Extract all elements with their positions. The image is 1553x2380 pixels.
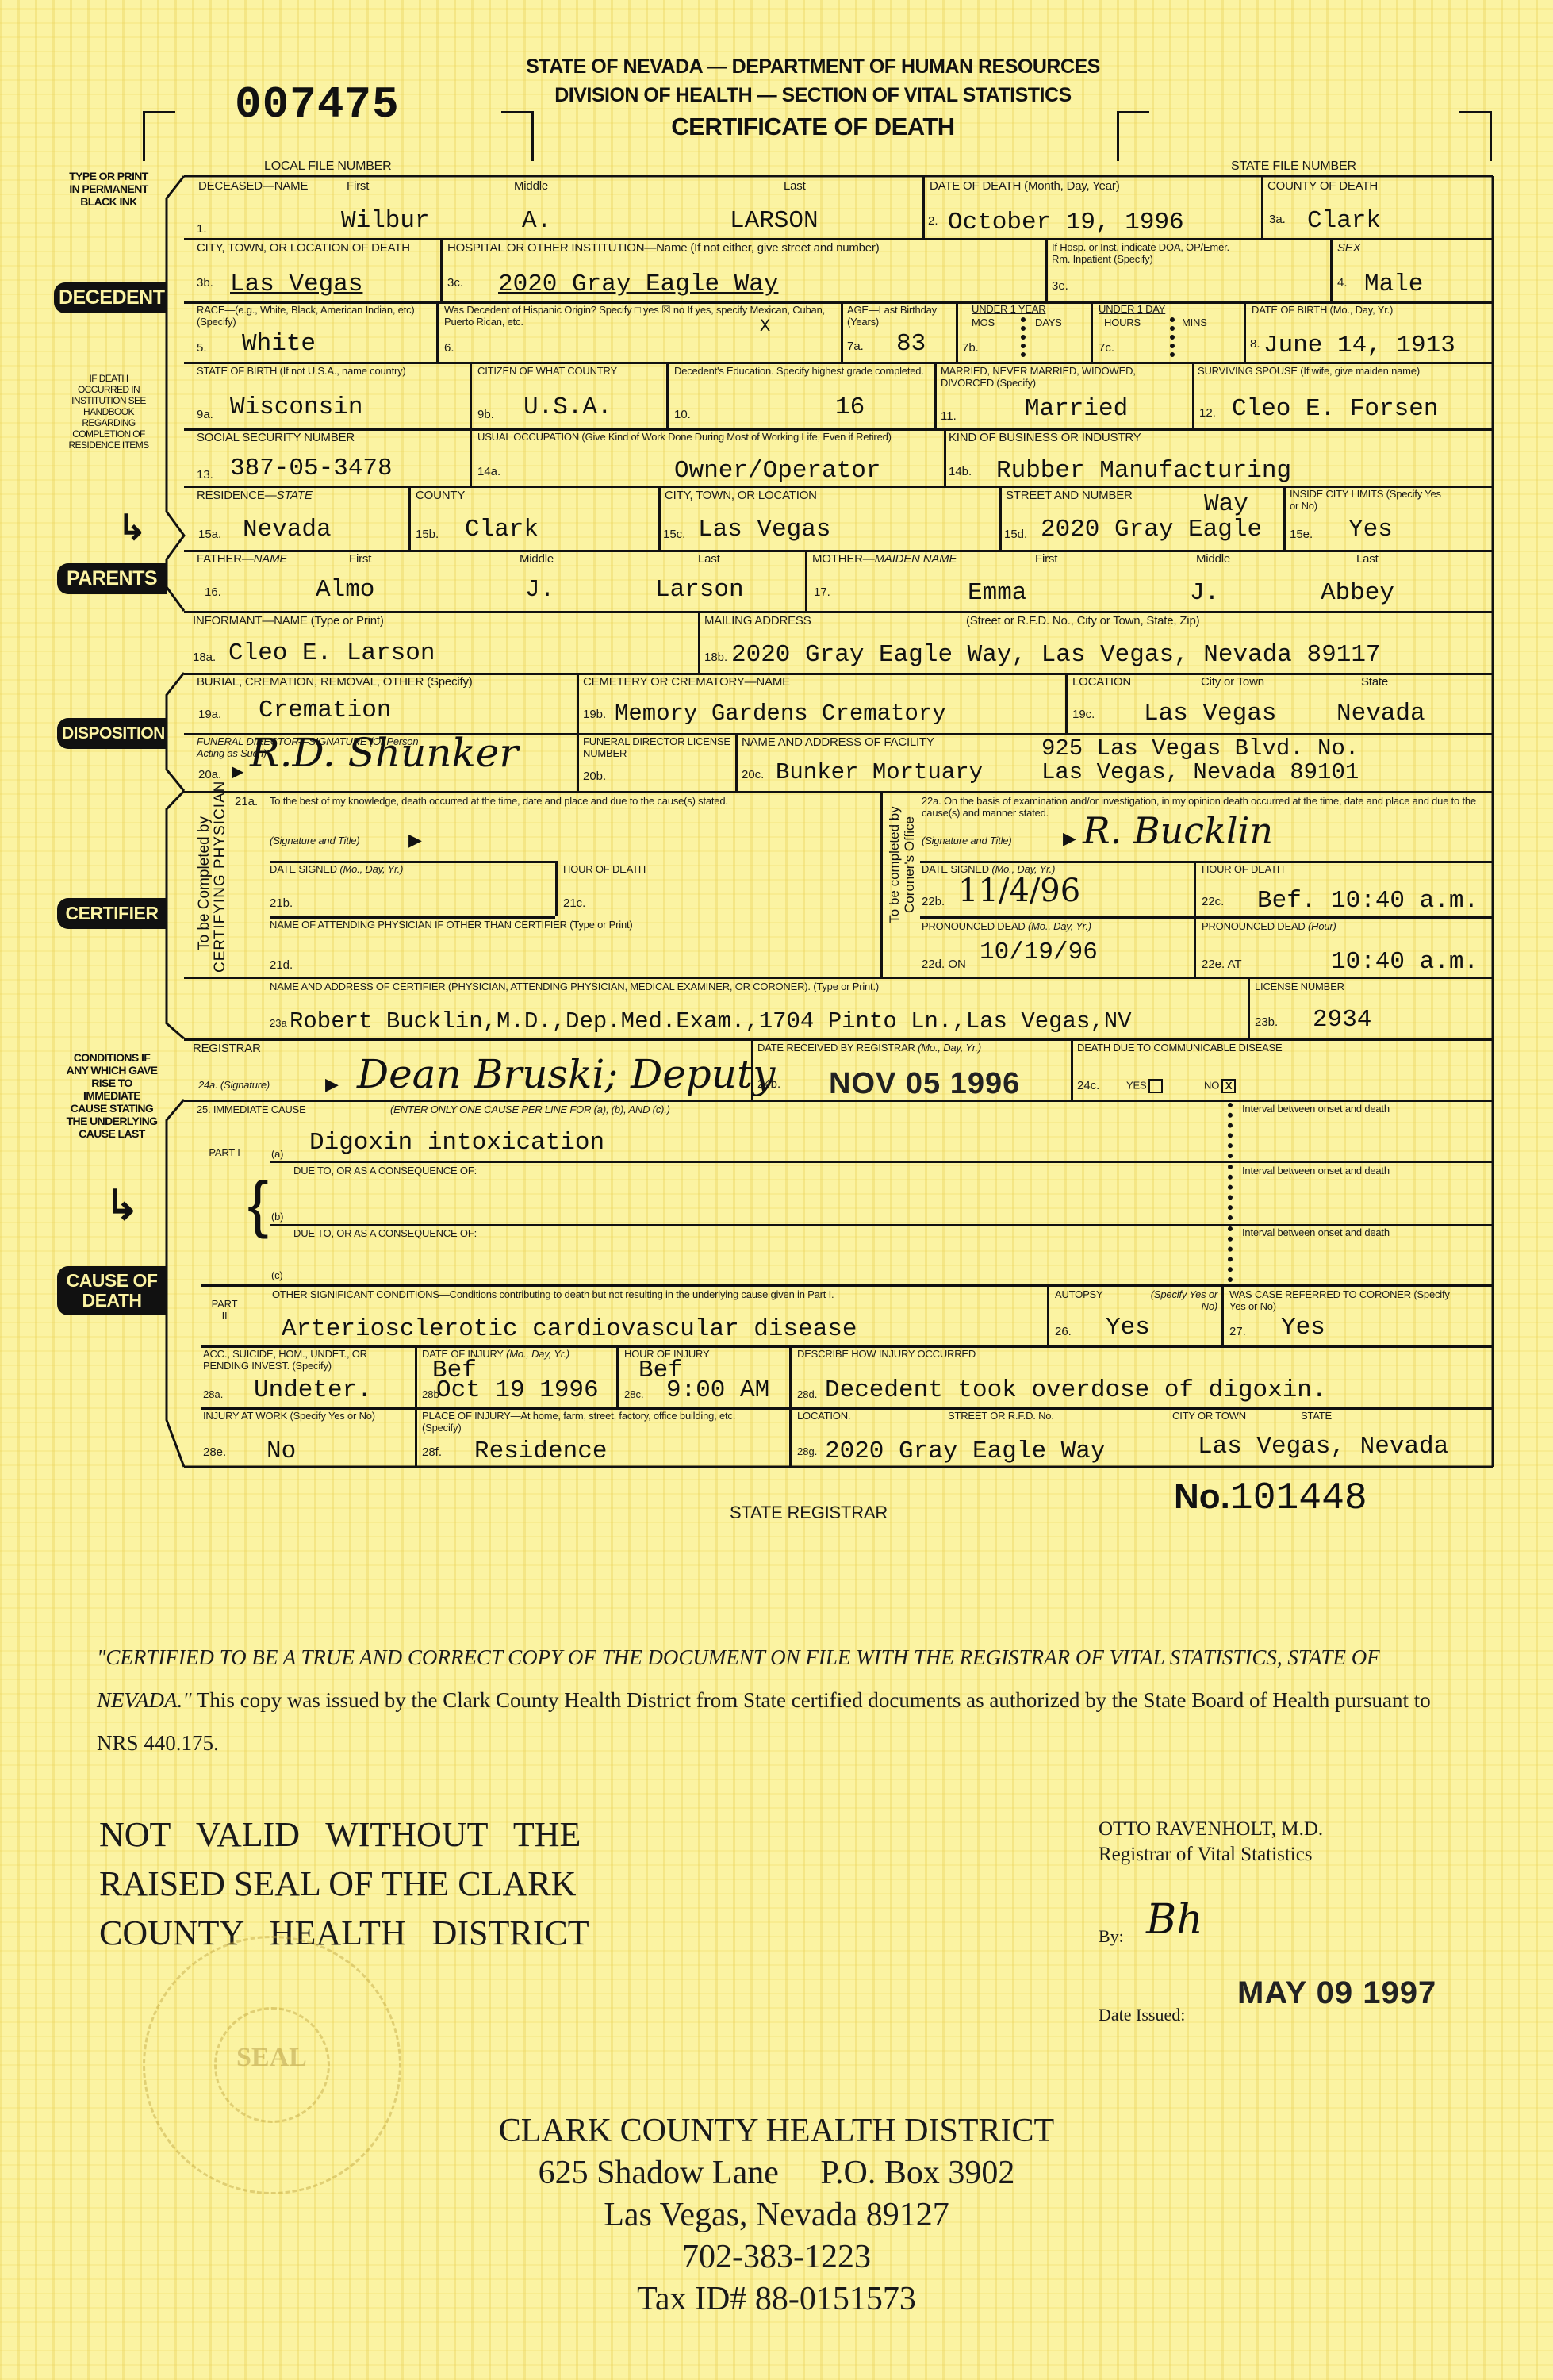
months-label: MOS <box>972 317 995 328</box>
first-label: First <box>347 179 369 193</box>
dob-label: DATE OF BIRTH (Mo., Day, Yr.) <box>1252 304 1393 316</box>
brace-icon: { <box>247 1173 269 1236</box>
part-2-label: PART II <box>209 1298 240 1322</box>
inside-city-limits[interactable]: Yes <box>1348 517 1393 543</box>
cause-c-label: (c) <box>271 1269 283 1281</box>
disposition-city[interactable]: Las Vegas <box>1144 701 1276 727</box>
date-received-stamp: NOV 05 1996 <box>829 1067 1020 1101</box>
education-label: Decedent's Education. Specify highest gr… <box>674 365 932 377</box>
disposition-state[interactable]: Nevada <box>1336 701 1425 727</box>
mother-middle-name[interactable]: J. <box>1190 581 1219 606</box>
signature-label: (Signature and Title) <box>270 835 359 846</box>
autopsy-label: AUTOPSY <box>1055 1288 1103 1300</box>
marital-status[interactable]: Married <box>1025 397 1128 422</box>
arrow-icon: ▶ <box>408 830 422 850</box>
item-number: 7b. <box>962 341 979 355</box>
district-address-block: CLARK COUNTY HEALTH DISTRICT 625 Shadow … <box>0 2110 1553 2320</box>
by-label: By: <box>1099 1926 1124 1947</box>
disposition-method-label: BURIAL, CREMATION, REMOVAL, OTHER (Speci… <box>197 675 473 689</box>
pronounced-date[interactable]: 10/19/96 <box>980 940 1098 965</box>
communicable-yes[interactable]: YES <box>1126 1079 1163 1093</box>
item-number: 23b. <box>1255 1015 1278 1029</box>
license-number-label: LICENSE NUMBER <box>1255 981 1344 992</box>
race-label: RACE—(e.g., White, Black, American India… <box>197 304 435 328</box>
item-number: 15c. <box>663 528 685 541</box>
item-number: 3c. <box>447 276 463 290</box>
item-number: 15e. <box>1290 528 1313 541</box>
registrar-name: OTTO RAVENHOLT, M.D. <box>1099 1817 1323 1842</box>
under-1-day-label: UNDER 1 DAY <box>1099 303 1165 315</box>
location-label: LOCATION <box>1072 675 1131 689</box>
date-of-death[interactable]: October 19, 1996 <box>948 210 1184 236</box>
crematory-name[interactable]: Memory Gardens Crematory <box>615 701 946 727</box>
spouse-label: SURVIVING SPOUSE (If wife, give maiden n… <box>1198 365 1420 377</box>
item-number: 12. <box>1199 406 1216 420</box>
injury-street[interactable]: 2020 Gray Eagle Way <box>825 1439 1105 1464</box>
item-number: 22c. <box>1202 895 1224 908</box>
sex[interactable]: Male <box>1364 272 1423 297</box>
arrow-icon: ▶ <box>1063 828 1076 849</box>
item-number: 6. <box>444 341 454 355</box>
under-1-year-label: UNDER 1 YEAR <box>972 303 1045 315</box>
residence-county[interactable]: Clark <box>465 517 539 543</box>
arrow-icon: ▶ <box>325 1074 339 1095</box>
item-number: 21c. <box>563 896 585 910</box>
item-number: 21b. <box>270 896 293 910</box>
hours-label: HOURS <box>1104 317 1141 328</box>
interval-b-label: Interval between onset and death <box>1242 1165 1390 1177</box>
item-number: 3b. <box>197 276 213 290</box>
minutes-label: MINS <box>1182 317 1207 328</box>
informant-label: INFORMANT—NAME (Type or Print) <box>193 614 384 628</box>
item-number: 24b. <box>757 1077 780 1091</box>
arrow-icon: ▶ <box>232 762 243 781</box>
item-number: 9a. <box>197 408 213 421</box>
item-number: 18b. <box>704 651 727 664</box>
due-to-label: DUE TO, OR AS A CONSEQUENCE OF: <box>293 1165 477 1177</box>
residence-street[interactable]: 2020 Gray Eagle <box>1041 517 1262 543</box>
cause-instruction: (ENTER ONLY ONE CAUSE PER LINE FOR (a), … <box>390 1104 670 1115</box>
coroner-signature[interactable]: R. Bucklin <box>1083 809 1273 852</box>
pronounced-hour[interactable]: 10:40 a.m. <box>1331 950 1478 975</box>
cause-a-label: (a) <box>271 1148 283 1160</box>
injury-hour[interactable]: 9:00 AM <box>666 1378 769 1403</box>
date-of-birth[interactable]: June 14, 1913 <box>1263 333 1455 359</box>
birth-state-label: STATE OF BIRTH (If not U.S.A., name coun… <box>197 365 458 377</box>
autopsy[interactable]: Yes <box>1106 1315 1150 1341</box>
injury-city-label: CITY OR TOWN <box>1172 1410 1246 1422</box>
social-security-number[interactable]: 387-05-3478 <box>230 456 393 482</box>
date-of-death-label: DATE OF DEATH (Month, Day, Year) <box>930 179 1120 193</box>
item-number: 17. <box>814 585 830 599</box>
item-number: 14b. <box>949 465 972 478</box>
mother-last-name[interactable]: Abbey <box>1321 581 1394 606</box>
disposition-method[interactable]: Cremation <box>259 698 391 724</box>
facility-name[interactable]: Bunker Mortuary <box>776 760 983 785</box>
injury-at-work-label: INJURY AT WORK (Specify Yes or No) <box>203 1410 409 1422</box>
item-number: 19a. <box>198 708 221 721</box>
injury-description[interactable]: Decedent took overdose of digoxin. <box>825 1378 1327 1403</box>
informant-address[interactable]: 2020 Gray Eagle Way, Las Vegas, Nevada 8… <box>731 643 1381 668</box>
district-name: CLARK COUNTY HEALTH DISTRICT <box>0 2110 1553 2152</box>
hospital-status-label: If Hosp. or Inst. indicate DOA, OP/Emer.… <box>1052 241 1242 265</box>
item-number: 28e. <box>203 1445 226 1459</box>
district-tax-id: Tax ID# 88-0151573 <box>0 2278 1553 2320</box>
communicable-disease-label: DEATH DUE TO COMMUNICABLE DISEASE <box>1077 1042 1283 1054</box>
first-label: First <box>1035 552 1057 566</box>
funeral-license-label: FUNERAL DIRECTOR LICENSE NUMBER <box>583 735 734 759</box>
seal-notice: NOT VALID WITHOUT THE RAISED SEAL OF THE… <box>99 1810 589 1958</box>
last-label: Last <box>1356 552 1379 566</box>
item-number: 14a. <box>477 465 500 478</box>
issuer-signature: Bh <box>1146 1896 1203 1944</box>
injury-location-label: LOCATION. <box>797 1410 850 1422</box>
item-number: 26. <box>1055 1325 1072 1338</box>
item-number: 28f. <box>422 1445 442 1459</box>
age[interactable]: 83 <box>896 332 926 357</box>
item-number: 11. <box>941 409 957 423</box>
registrar-signature[interactable]: Dean Bruski; Deputy <box>357 1051 775 1097</box>
certifier-name-address[interactable]: Robert Bucklin,M.D.,Dep.Med.Exam.,1704 P… <box>290 1009 1132 1035</box>
birth-state[interactable]: Wisconsin <box>230 395 362 420</box>
item-number: 18a. <box>193 651 216 664</box>
place-of-injury-label: PLACE OF INJURY—At home, farm, street, f… <box>422 1410 763 1434</box>
residence-county-label: COUNTY <box>416 489 465 502</box>
last-label: Last <box>784 179 806 193</box>
ssn-label: SOCIAL SECURITY NUMBER <box>197 431 355 444</box>
district-phone: 702-383-1223 <box>0 2236 1553 2278</box>
education[interactable]: 16 <box>835 395 865 420</box>
date-issued-stamp: MAY 09 1997 <box>1237 1975 1436 2011</box>
usual-occupation[interactable]: Owner/Operator <box>674 459 880 484</box>
mailing-address-hint: (Street or R.F.D. No., City or Town, Sta… <box>966 614 1199 628</box>
item-number: 21d. <box>270 958 293 972</box>
coroner-referral-label: WAS CASE REFERRED TO CORONER (Specify Ye… <box>1229 1288 1467 1312</box>
certifier-name-label: NAME AND ADDRESS OF CERTIFIER (PHYSICIAN… <box>270 981 879 992</box>
registrar-block: OTTO RAVENHOLT, M.D. Registrar of Vital … <box>1099 1817 1323 1868</box>
interval-c-label: Interval between onset and death <box>1242 1226 1390 1238</box>
item-number: 5. <box>197 341 207 355</box>
middle-label: Middle <box>520 552 554 566</box>
kind-of-business[interactable]: Rubber Manufacturing <box>996 459 1291 484</box>
certification-statement: "CERTIFIED TO BE A TRUE AND CORRECT COPY… <box>97 1636 1477 1764</box>
item-number: 27. <box>1229 1325 1246 1338</box>
item-number: 8. <box>1250 337 1260 351</box>
item-number: 15d. <box>1004 528 1027 541</box>
certifier-license[interactable]: 2934 <box>1313 1008 1371 1033</box>
item-number: 28d. <box>797 1388 817 1400</box>
item-number: 7c. <box>1099 341 1114 355</box>
separator-dots <box>1228 1226 1237 1282</box>
residence-street-label: STREET AND NUMBER <box>1006 489 1133 502</box>
county-of-death[interactable]: Clark <box>1307 209 1381 234</box>
describe-injury-label: DESCRIBE HOW INJURY OCCURRED <box>797 1348 976 1360</box>
item-number: 22d. ON <box>922 958 966 971</box>
item-number: 20c. <box>742 768 764 781</box>
father-middle-name[interactable]: J. <box>525 578 554 603</box>
item-number: 28a. <box>203 1388 223 1400</box>
age-label: AGE—Last Birthday (Years) <box>847 304 954 328</box>
middle-label: Middle <box>514 179 548 193</box>
first-label: First <box>349 552 371 566</box>
place-of-injury[interactable]: Residence <box>474 1439 607 1464</box>
mother-first-name[interactable]: Emma <box>968 581 1026 606</box>
mailing-address-label: MAILING ADDRESS <box>704 614 811 628</box>
district-address-1: 625 Shadow Lane P.O. Box 3902 <box>0 2152 1553 2194</box>
hospital-name[interactable]: 2020 Gray Eagle Way <box>498 272 778 297</box>
date-issued-label: Date Issued: <box>1099 2005 1185 2025</box>
item-number: 9b. <box>477 408 494 421</box>
item-number: 1. <box>197 222 207 236</box>
seal-text: SEAL <box>236 2043 307 2073</box>
decedent-middle-name[interactable]: A. <box>522 209 551 234</box>
item-number: 4. <box>1337 276 1348 290</box>
item-number: 3e. <box>1052 279 1068 293</box>
injury-city-state[interactable]: Las Vegas, Nevada <box>1198 1434 1448 1460</box>
item-number: 7a. <box>847 340 864 353</box>
residence-state[interactable]: Nevada <box>243 517 332 543</box>
decedent-last-name[interactable]: LARSON <box>730 209 819 234</box>
residence-city-label: CITY, TOWN, OR LOCATION <box>665 489 817 502</box>
item-number: 24c. <box>1077 1079 1099 1092</box>
funeral-director-signature[interactable]: R.D. Shunker <box>250 730 518 776</box>
item-number: 2. <box>928 214 938 228</box>
city-label: City or Town <box>1201 675 1264 689</box>
occupation-label: USUAL OCCUPATION (Give Kind of Work Done… <box>477 431 922 443</box>
injury-at-work[interactable]: No <box>267 1439 296 1464</box>
physician-instruction: To be Completed byCERTIFYING PHYSICIAN <box>197 794 228 973</box>
item-number: 21a. <box>235 795 258 808</box>
district-address-2: Las Vegas, Nevada 89127 <box>0 2194 1553 2236</box>
item-number: 3a. <box>1269 213 1286 226</box>
item-number: 28g. <box>797 1445 817 1457</box>
injury-street-label: STREET OR R.F.D. No. <box>948 1410 1054 1422</box>
cause-b-label: (b) <box>271 1211 283 1223</box>
father-first-name[interactable]: Almo <box>316 578 374 603</box>
item-number: 19c. <box>1072 708 1095 721</box>
item-number: 20b. <box>583 770 606 783</box>
due-to-label: DUE TO, OR AS A CONSEQUENCE OF: <box>293 1227 477 1239</box>
yes-checkbox[interactable] <box>1148 1079 1163 1093</box>
county-of-death-label: COUNTY OF DEATH <box>1267 179 1378 193</box>
deceased-name-label: DECEASED—NAME <box>198 179 308 193</box>
cause-a[interactable]: Digoxin intoxication <box>309 1130 604 1156</box>
sex-label: SEX <box>1337 241 1360 255</box>
coroner-instruction: To be completed byCoroner's Office <box>887 789 917 940</box>
injury-state-label: STATE <box>1301 1410 1332 1422</box>
manner-label: ACC., SUICIDE, HOM., UNDET., OR PENDING … <box>203 1348 413 1372</box>
item-number: 20a. <box>198 768 221 781</box>
surviving-spouse[interactable]: Cleo E. Forsen <box>1232 397 1438 422</box>
city-limits-label: INSIDE CITY LIMITS (Specify Yes or No) <box>1290 488 1448 512</box>
city-of-death[interactable]: Las Vegas <box>230 272 362 297</box>
days-label: DAYS <box>1035 317 1062 328</box>
race[interactable]: White <box>242 332 316 357</box>
part-1-label: PART I <box>209 1146 240 1158</box>
father-last-name[interactable]: Larson <box>655 578 744 603</box>
manner-of-death[interactable]: Undeter. <box>254 1378 372 1403</box>
marital-status-label: MARRIED, NEVER MARRIED, WIDOWED, DIVORCE… <box>941 365 1163 389</box>
hour-of-death-label: HOUR OF DEATH <box>1202 863 1284 875</box>
no-checkbox-checked[interactable]: X <box>1221 1079 1236 1093</box>
item-number: 23a <box>270 1017 287 1029</box>
separator-dots <box>1228 1103 1237 1158</box>
separator-dots <box>1021 317 1030 357</box>
other-conditions-label: OTHER SIGNIFICANT CONDITIONS—Conditions … <box>272 1288 834 1300</box>
registrar-label: REGISTRAR <box>193 1042 261 1055</box>
signature-label: (Signature and Title) <box>922 835 1011 846</box>
item-number: 13. <box>197 468 213 482</box>
separator-dots <box>1170 317 1179 357</box>
crematory-label: CEMETERY OR CREMATORY—NAME <box>583 675 790 689</box>
hospital-label: HOSPITAL OR OTHER INSTITUTION—Name (If n… <box>447 241 880 255</box>
hispanic-no-mark[interactable]: X <box>760 314 770 340</box>
citizenship-label: CITIZEN OF WHAT COUNTRY <box>477 365 617 377</box>
informant-name[interactable]: Cleo E. Larson <box>228 641 435 666</box>
attending-physician-label: NAME OF ATTENDING PHYSICIAN IF OTHER THA… <box>270 919 633 931</box>
coroner-date-signed[interactable]: 11/4/96 <box>958 873 1080 909</box>
facility-label: NAME AND ADDRESS OF FACILITY <box>742 735 934 749</box>
item-number: 16. <box>205 585 221 599</box>
certificate-number: No.101448 <box>1174 1477 1367 1520</box>
facility-address-line-1[interactable]: 925 Las Vegas Blvd. No. <box>1041 736 1359 762</box>
immediate-cause-label: 25. IMMEDIATE CAUSE <box>197 1104 306 1115</box>
item-number: 15a. <box>198 528 221 541</box>
state-registrar-label: STATE REGISTRAR <box>730 1506 888 1519</box>
registrar-signature-label: 24a. (Signature) <box>198 1079 270 1091</box>
item-number: 10. <box>674 408 691 421</box>
item-number: 19b. <box>583 708 606 721</box>
city-of-death-label: CITY, TOWN, OR LOCATION OF DEATH <box>197 241 410 255</box>
middle-label: Middle <box>1196 552 1230 566</box>
hispanic-origin-label: Was Decedent of Hispanic Origin? Specify… <box>444 304 838 328</box>
residence-street-continued[interactable]: Way <box>1204 492 1248 517</box>
item-number: 22e. AT <box>1202 958 1242 971</box>
physician-statement: To the best of my knowledge, death occur… <box>270 795 761 807</box>
communicable-no[interactable]: NOX <box>1204 1079 1236 1093</box>
registrar-title: Registrar of Vital Statistics <box>1099 1842 1323 1868</box>
citizenship[interactable]: U.S.A. <box>523 395 612 420</box>
autopsy-hint: (Specify Yes or No) <box>1150 1288 1217 1312</box>
separator-dots <box>1228 1165 1237 1220</box>
hour-of-death-label: HOUR OF DEATH <box>563 863 646 875</box>
last-label: Last <box>698 552 720 566</box>
state-label: State <box>1361 675 1388 689</box>
business-label: KIND OF BUSINESS OR INDUSTRY <box>949 431 1141 444</box>
hour-of-death[interactable]: Bef. 10:40 a.m. <box>1257 889 1478 914</box>
injury-date[interactable]: Oct 19 1996 <box>436 1378 599 1403</box>
coroner-referral[interactable]: Yes <box>1281 1315 1325 1341</box>
decedent-first-name[interactable]: Wilbur <box>341 209 430 234</box>
residence-city[interactable]: Las Vegas <box>698 517 830 543</box>
item-number: 22b. <box>922 895 945 908</box>
interval-a-label: Interval between onset and death <box>1242 1103 1390 1115</box>
item-number: 28c. <box>624 1388 644 1400</box>
facility-address-line-2[interactable]: Las Vegas, Nevada 89101 <box>1041 760 1359 785</box>
item-number: 15b. <box>416 528 439 541</box>
other-conditions[interactable]: Arteriosclerotic cardiovascular disease <box>282 1317 857 1342</box>
